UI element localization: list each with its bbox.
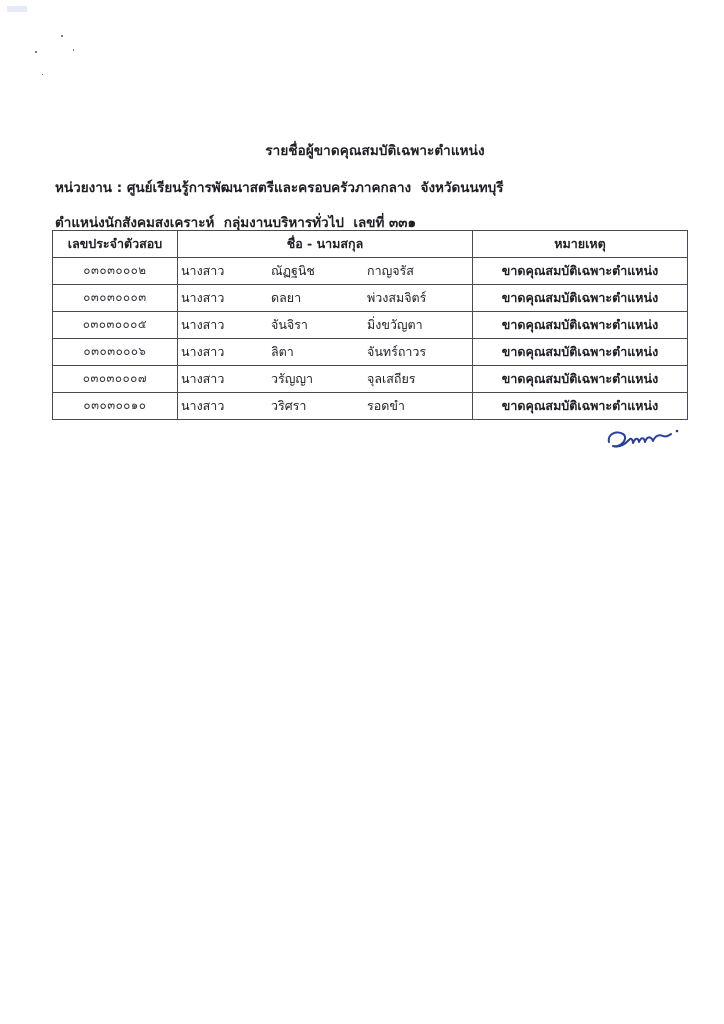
name-cell: นางสาวดลยาพ่วงสมจิตร์ (178, 285, 473, 312)
scan-speck (42, 74, 43, 75)
header-exam-id: เลขประจำตัวสอบ (53, 231, 178, 258)
first-name: วรัญญา (271, 369, 313, 389)
name-prefix: นางสาว (181, 342, 224, 362)
remark-cell: ขาดคุณสมบัติเฉพาะตำแหน่ง (473, 366, 688, 393)
exam-id-cell: ๐๓๐๓๐๐๑๐ (53, 393, 178, 420)
scan-speck (73, 49, 74, 51)
remark-cell: ขาดคุณสมบัติเฉพาะตำแหน่ง (473, 312, 688, 339)
table-header-row: เลขประจำตัวสอบ ชื่อ - นามสกุล หมายเหตุ (53, 231, 688, 258)
scan-speck (61, 35, 63, 37)
first-name: จันจิรา (271, 315, 308, 335)
name-cell: นางสาวณัฏฐนิชกาญจรัส (178, 258, 473, 285)
last-name: พ่วงสมจิตร์ (367, 288, 426, 308)
table-row: ๐๓๐๓๐๐๑๐นางสาววริศรารอดขำขาดคุณสมบัติเฉพ… (53, 393, 688, 420)
header-remark: หมายเหตุ (473, 231, 688, 258)
exam-id-cell: ๐๓๐๓๐๐๐๒ (53, 258, 178, 285)
signature-icon (603, 424, 683, 454)
unit-line: หน่วยงาน : ศูนย์เรียนรู้การพัฒนาสตรีและค… (55, 176, 503, 198)
scan-speck (35, 51, 37, 53)
name-prefix: นางสาว (181, 315, 224, 335)
remark-cell: ขาดคุณสมบัติเฉพาะตำแหน่ง (473, 285, 688, 312)
table-row: ๐๓๐๓๐๐๐๓นางสาวดลยาพ่วงสมจิตร์ขาดคุณสมบัต… (53, 285, 688, 312)
last-name: มิ่งขวัญตา (367, 315, 423, 335)
name-cell: นางสาววรัญญาจุลเสถียร (178, 366, 473, 393)
first-name: วริศรา (271, 396, 306, 416)
name-prefix: นางสาว (181, 261, 224, 281)
remark-cell: ขาดคุณสมบัติเฉพาะตำแหน่ง (473, 258, 688, 285)
last-name: รอดขำ (367, 396, 405, 416)
exam-id-cell: ๐๓๐๓๐๐๐๖ (53, 339, 178, 366)
disqualified-list-table: เลขประจำตัวสอบ ชื่อ - นามสกุล หมายเหตุ ๐… (52, 230, 688, 420)
table-row: ๐๓๐๓๐๐๐๗นางสาววรัญญาจุลเสถียรขาดคุณสมบัต… (53, 366, 688, 393)
first-name: ณัฏฐนิช (271, 261, 315, 281)
name-cell: นางสาวจันจิรามิ่งขวัญตา (178, 312, 473, 339)
exam-id-cell: ๐๓๐๓๐๐๐๓ (53, 285, 178, 312)
remark-cell: ขาดคุณสมบัติเฉพาะตำแหน่ง (473, 339, 688, 366)
document-title: รายชื่อผู้ขาดคุณสมบัติเฉพาะตำแหน่ง (0, 139, 724, 161)
exam-id-cell: ๐๓๐๓๐๐๐๕ (53, 312, 178, 339)
unit-value: ศูนย์เรียนรู้การพัฒนาสตรีและครอบครัวภาคก… (127, 180, 504, 196)
unit-label: หน่วยงาน : (55, 180, 122, 196)
name-prefix: นางสาว (181, 369, 224, 389)
name-prefix: นางสาว (181, 288, 224, 308)
name-cell: นางสาวลิตาจันทร์ถาวร (178, 339, 473, 366)
last-name: จันทร์ถาวร (367, 342, 426, 362)
first-name: ลิตา (271, 342, 294, 362)
remark-cell: ขาดคุณสมบัติเฉพาะตำแหน่ง (473, 393, 688, 420)
name-prefix: นางสาว (181, 396, 224, 416)
first-name: ดลยา (271, 288, 301, 308)
table-row: ๐๓๐๓๐๐๐๒นางสาวณัฏฐนิชกาญจรัสขาดคุณสมบัติ… (53, 258, 688, 285)
scan-artifact (7, 6, 27, 12)
last-name: กาญจรัส (367, 261, 414, 281)
name-cell: นางสาววริศรารอดขำ (178, 393, 473, 420)
exam-id-cell: ๐๓๐๓๐๐๐๗ (53, 366, 178, 393)
header-name: ชื่อ - นามสกุล (178, 231, 473, 258)
table-row: ๐๓๐๓๐๐๐๖นางสาวลิตาจันทร์ถาวรขาดคุณสมบัติ… (53, 339, 688, 366)
table-row: ๐๓๐๓๐๐๐๕นางสาวจันจิรามิ่งขวัญตาขาดคุณสมบ… (53, 312, 688, 339)
last-name: จุลเสถียร (367, 369, 416, 389)
